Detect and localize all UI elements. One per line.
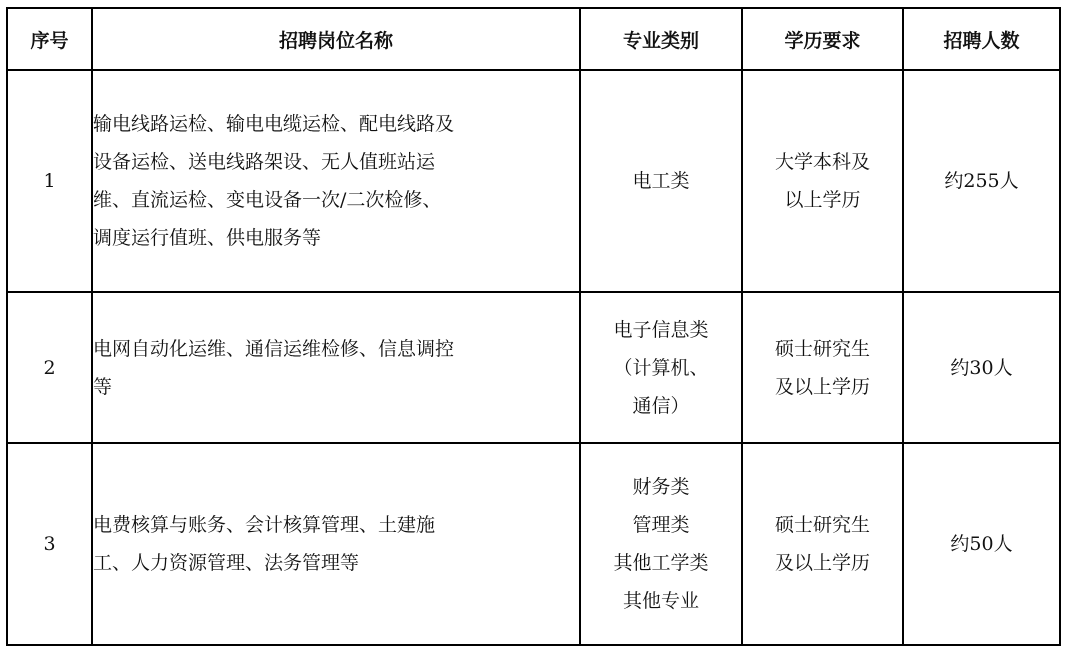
education-line: 及以上学历 [743,544,902,582]
position-line: 输电线路运检、输电电缆运检、配电线路及 [93,105,579,143]
education-line: 硕士研究生 [743,330,902,368]
education-line: 以上学历 [743,181,902,219]
position-line: 等 [93,368,579,406]
major-category: 电子信息类 （计算机、 通信） [580,292,742,443]
position-names: 电费核算与账务、会计核算管理、土建施 工、人力资源管理、法务管理等 [92,443,580,645]
row-index: 1 [7,70,92,292]
table-row: 1 输电线路运检、输电电缆运检、配电线路及 设备运检、送电线路架设、无人值班站运… [7,70,1060,292]
category-line: 电工类 [581,162,741,200]
position-line: 维、直流运检、变电设备一次/二次检修、 [93,181,579,219]
category-line: 管理类 [581,506,741,544]
category-line: 电子信息类 [581,311,741,349]
category-line: 通信） [581,387,741,425]
education-line: 大学本科及 [743,143,902,181]
category-line: （计算机、 [581,349,741,387]
education-requirement: 大学本科及 以上学历 [742,70,903,292]
headcount: 约50人 [903,443,1060,645]
major-category: 财务类 管理类 其他工学类 其他专业 [580,443,742,645]
headcount: 约255人 [903,70,1060,292]
header-headcount: 招聘人数 [903,8,1060,70]
position-line: 调度运行值班、供电服务等 [93,219,579,257]
position-line: 设备运检、送电线路架设、无人值班站运 [93,143,579,181]
header-index: 序号 [7,8,92,70]
headcount: 约30人 [903,292,1060,443]
row-index: 2 [7,292,92,443]
position-line: 工、人力资源管理、法务管理等 [93,544,579,582]
position-line: 电网自动化运维、通信运维检修、信息调控 [93,330,579,368]
header-row: 序号 招聘岗位名称 专业类别 学历要求 招聘人数 [7,8,1060,70]
education-requirement: 硕士研究生 及以上学历 [742,292,903,443]
position-names: 电网自动化运维、通信运维检修、信息调控 等 [92,292,580,443]
education-line: 及以上学历 [743,368,902,406]
education-line: 硕士研究生 [743,506,902,544]
education-requirement: 硕士研究生 及以上学历 [742,443,903,645]
category-line: 其他工学类 [581,544,741,582]
category-line: 其他专业 [581,582,741,620]
header-position-name: 招聘岗位名称 [92,8,580,70]
header-education: 学历要求 [742,8,903,70]
recruitment-table: 序号 招聘岗位名称 专业类别 学历要求 招聘人数 1 输电线路运检、输电电缆运检… [6,7,1061,646]
major-category: 电工类 [580,70,742,292]
row-index: 3 [7,443,92,645]
position-line: 电费核算与账务、会计核算管理、土建施 [93,506,579,544]
category-line: 财务类 [581,468,741,506]
table-row: 3 电费核算与账务、会计核算管理、土建施 工、人力资源管理、法务管理等 财务类 … [7,443,1060,645]
header-major-category: 专业类别 [580,8,742,70]
position-names: 输电线路运检、输电电缆运检、配电线路及 设备运检、送电线路架设、无人值班站运 维… [92,70,580,292]
table-row: 2 电网自动化运维、通信运维检修、信息调控 等 电子信息类 （计算机、 通信） … [7,292,1060,443]
